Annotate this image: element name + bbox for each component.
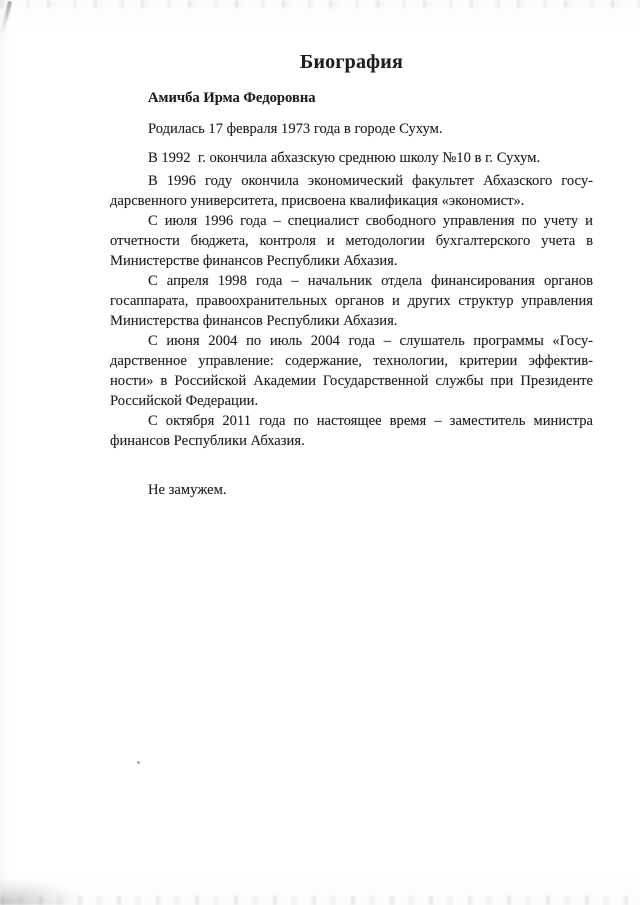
scan-artifact-left-edge [0, 0, 10, 905]
paragraph-job-2011: С октября 2011 года по настоящее время –… [110, 411, 593, 451]
text-line: Министерства финансов Республики Абхазия… [110, 311, 593, 331]
text-line: С июля 1996 года – специалист свободного… [110, 211, 593, 231]
text-line: финансов Республики Абхазия. [110, 431, 593, 451]
paragraph-school: В 1992 г. окончила абхазскую среднюю шко… [110, 148, 593, 168]
text-line: дарственное управление: содержание, техн… [110, 351, 593, 371]
document-content: Биография Амичба Ирма Федоровна Родилась… [110, 0, 593, 500]
scan-artifact-bottom-edge [0, 896, 640, 905]
paragraph-birth: Родилась 17 февраля 1973 года в городе С… [110, 119, 593, 139]
paragraph-job-1996: С июля 1996 года – специалист свободного… [110, 211, 593, 271]
text-line: госаппарата, правоохранительных органов … [110, 291, 593, 311]
text-line: С июня 2004 по июль 2004 года – слушател… [110, 331, 593, 351]
scan-artifact-speck [137, 761, 140, 764]
text-line: ности» в Российской Академии Государстве… [110, 371, 593, 391]
text-line: Родилась 17 февраля 1973 года в городе С… [110, 119, 593, 139]
text-line: В 1992 г. окончила абхазскую среднюю шко… [110, 148, 593, 168]
marital-status-line: Не замужем. [110, 480, 593, 500]
text-line: С апреля 1998 года – начальник отдела фи… [110, 271, 593, 291]
text-line: В 1996 году окончила экономический факул… [110, 171, 593, 191]
paragraph-training-2004: С июня 2004 по июль 2004 года – слушател… [110, 331, 593, 411]
text-line: Российской Федерации. [110, 391, 593, 411]
text-line: Министерстве финансов Республики Абхазия… [110, 251, 593, 271]
text-line: дарсвенного университета, присвоена квал… [110, 191, 593, 211]
paragraph-marital-status: Не замужем. [110, 480, 593, 500]
paragraph-university: В 1996 году окончила экономический факул… [110, 171, 593, 211]
scanned-biography-page: Биография Амичба Ирма Федоровна Родилась… [0, 0, 640, 905]
page-title: Биография [110, 49, 593, 75]
person-name: Амичба Ирма Федоровна [110, 88, 593, 108]
paragraph-job-1998: С апреля 1998 года – начальник отдела фи… [110, 271, 593, 331]
text-line: С октября 2011 года по настоящее время –… [110, 411, 593, 431]
text-line: отчетности бюджета, контроля и методолог… [110, 231, 593, 251]
